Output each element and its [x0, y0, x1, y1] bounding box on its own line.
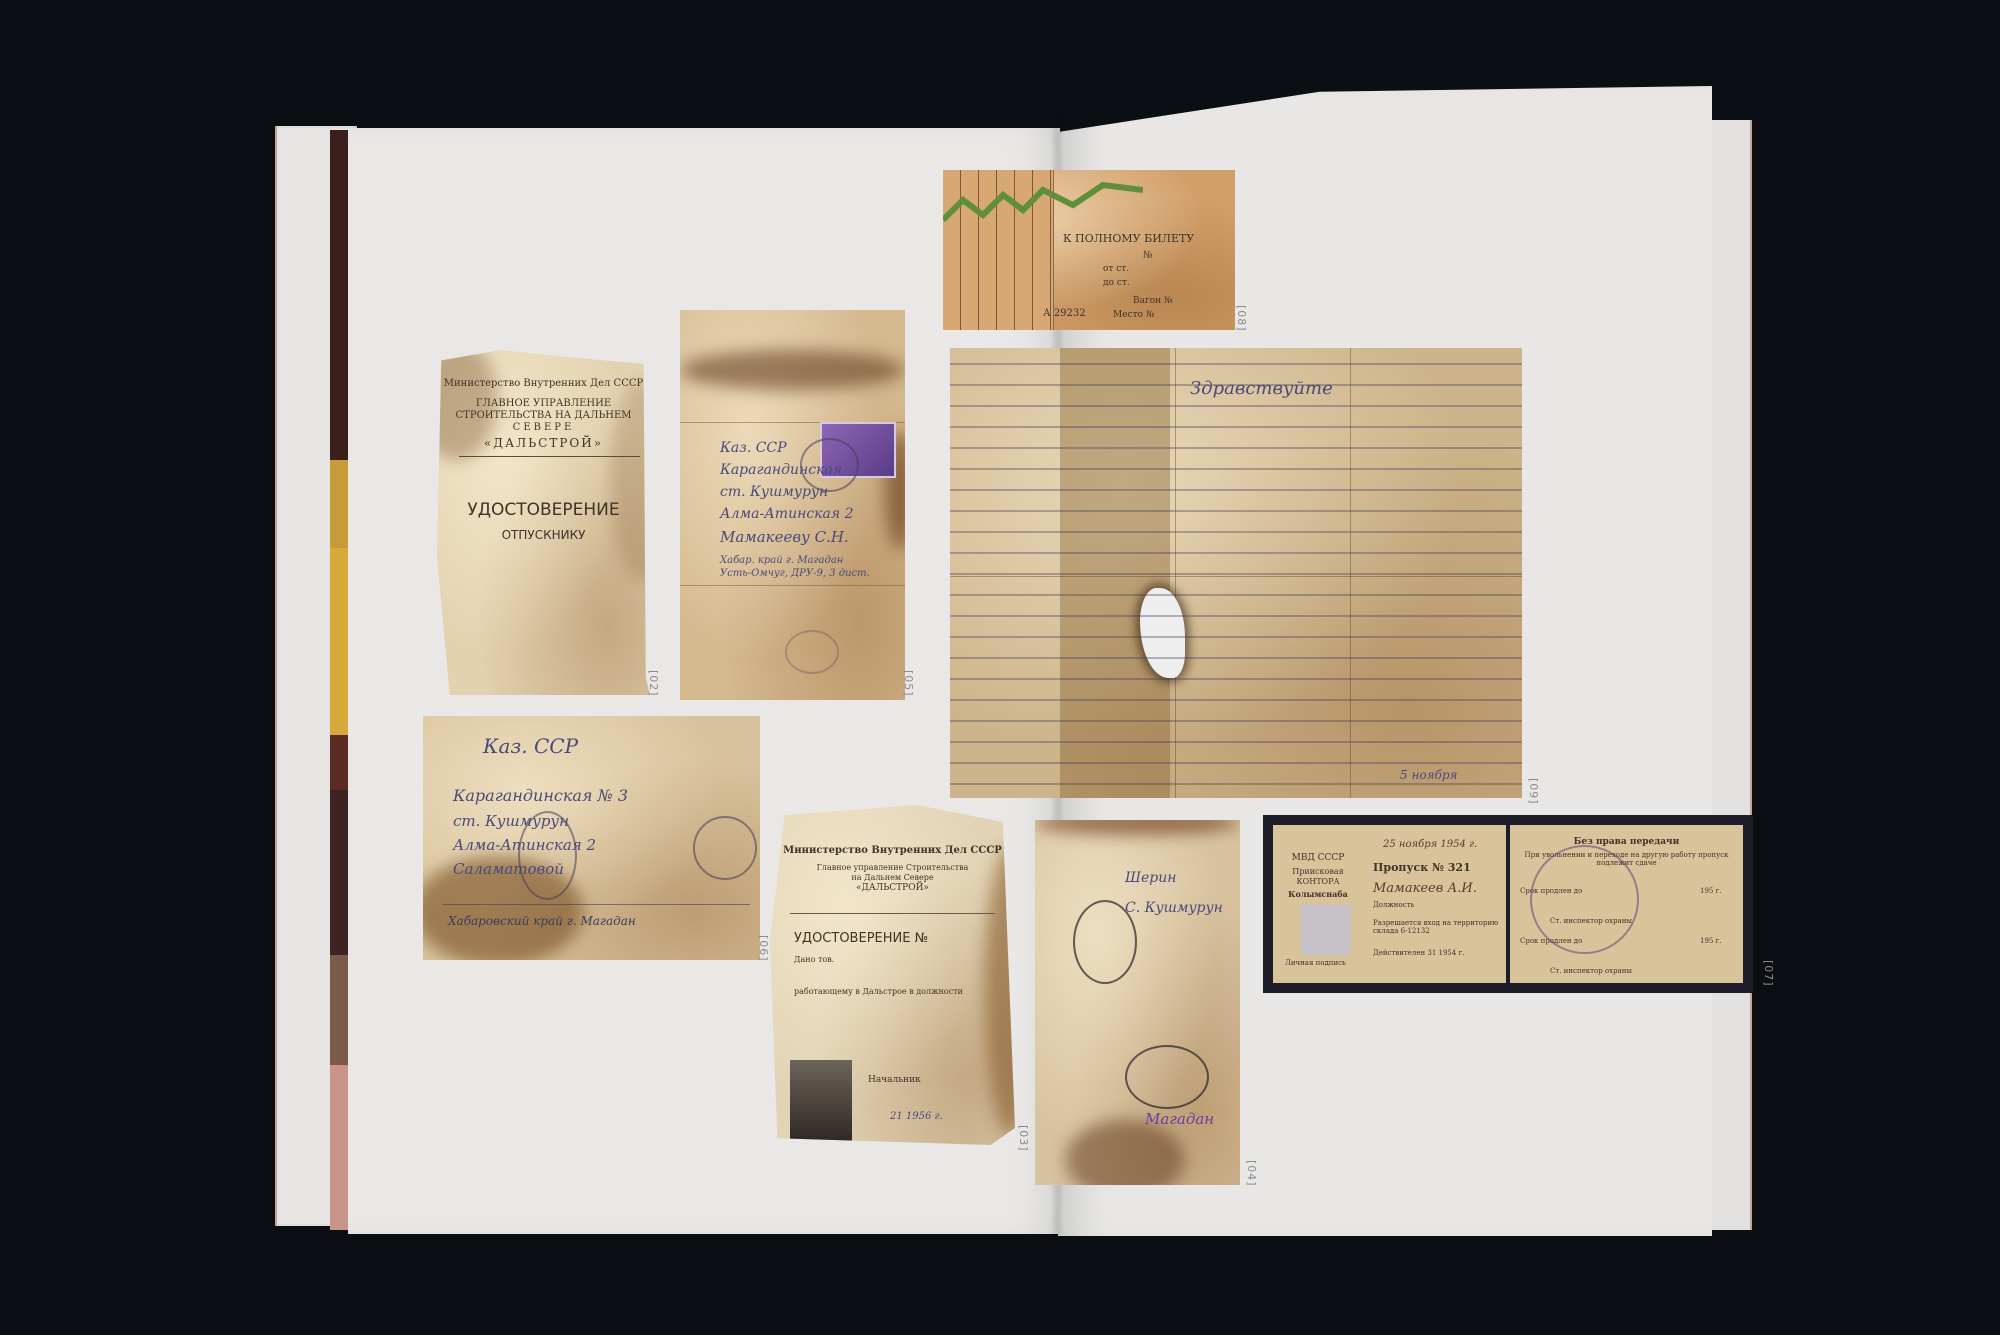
doc-text: Вагон №	[1133, 296, 1235, 306]
doc-text: Разрешается вход на территорию склада 6-…	[1373, 919, 1500, 935]
figure-label: [05]	[902, 670, 915, 697]
doc-text: К ПОЛНОМУ БИЛЕТУ	[1063, 232, 1235, 245]
doc-text: 195 г.	[1700, 937, 1743, 945]
figure-label: [07]	[1762, 960, 1775, 987]
book-cover-edge	[330, 130, 350, 1230]
doc-text: Начальник	[868, 1075, 1015, 1085]
ticket-number: А 29232	[1043, 308, 1235, 319]
doc-text: МВД СССР	[1283, 853, 1353, 863]
address-line: С. Кушмурун	[1125, 900, 1223, 916]
doc-text: Главное управление Строительства	[770, 863, 1015, 872]
doc-text: от ст.	[1103, 264, 1235, 274]
document-envelope-05: Каз. ССР Карагандинская ст. Кушмурун Алм…	[680, 310, 905, 700]
document-envelope-06: Каз. ССР Карагандинская № 3 ст. Кушмурун…	[423, 716, 760, 960]
doc-text: Дано тов.	[794, 955, 1015, 964]
figure-label: [03]	[1017, 1125, 1030, 1152]
address-line: Усть-Омчуг, ДРУ-9, 3 дист.	[720, 568, 870, 579]
doc-text: СЕВЕРЕ	[437, 422, 650, 433]
doc-text: Личная подпись	[1285, 959, 1506, 967]
doc-subtitle: ОТПУСКНИКУ	[437, 528, 650, 542]
doc-text: Колымснаба	[1283, 889, 1353, 899]
figure-label: [04]	[1245, 1160, 1258, 1187]
doc-date: 21 1956 г.	[890, 1111, 943, 1122]
address-line: Хабаровский край г. Магадан	[448, 914, 636, 928]
document-certificate-02: Министерство Внутренних Дел СССР ГЛАВНОЕ…	[437, 350, 650, 695]
doc-text: до ст.	[1103, 278, 1235, 288]
address-line: Каз. ССР	[483, 734, 578, 758]
pass-holder: Мамакеев А.И.	[1373, 881, 1477, 896]
address-line: Карагандинская № 3	[453, 786, 628, 805]
figure-label: [09]	[1527, 778, 1540, 805]
document-pass-07: МВД СССР Приисковая КОНТОРА Колымснаба 2…	[1263, 815, 1753, 993]
document-train-ticket-08: К ПОЛНОМУ БИЛЕТУ № от ст. до ст. Вагон №…	[943, 170, 1235, 330]
address-line: Карагандинская	[720, 462, 842, 478]
figure-label: [08]	[1235, 305, 1248, 332]
pass-date: 25 ноября 1954 г.	[1383, 839, 1477, 850]
doc-text: Приисковая	[1283, 867, 1353, 876]
doc-text: Министерство Внутренних Дел СССР	[770, 845, 1015, 856]
doc-text: работающему в Дальстрое в должности	[794, 987, 1015, 996]
address-line: Алма-Атинская 2	[720, 506, 854, 522]
document-letter-09: Здравствуйте 5 ноября	[950, 348, 1522, 798]
doc-text: Министерство Внутренних Дел СССР	[437, 378, 650, 389]
document-certificate-03: Министерство Внутренних Дел СССР Главное…	[770, 805, 1015, 1145]
doc-text: Без права передачи	[1510, 837, 1743, 847]
doc-text: Ст. инспектор охраны	[1550, 967, 1743, 975]
doc-text: КОНТОРА	[1283, 877, 1353, 886]
doc-text: 195 г.	[1700, 887, 1743, 895]
address-line: Мамакееву С.Н.	[720, 528, 849, 546]
photo-placeholder	[1301, 905, 1351, 955]
doc-title: УДОСТОВЕРЕНИЕ	[437, 500, 650, 520]
right-page-edge	[1712, 120, 1752, 1230]
address-line: Шерин	[1125, 870, 1176, 886]
pass-number: Пропуск № 321	[1373, 861, 1506, 874]
doc-text: Действителен 31 1954 г.	[1373, 949, 1506, 957]
address-line: Каз. ССР	[720, 440, 787, 456]
doc-text: СТРОИТЕЛЬСТВА НА ДАЛЬНЕМ	[437, 410, 650, 421]
letter-date: 5 ноября	[1400, 768, 1457, 782]
letter-greeting: Здравствуйте	[1190, 378, 1333, 399]
figure-label: [02]	[647, 670, 660, 697]
doc-text: «ДАЛЬСТРОЙ»	[770, 883, 1015, 893]
address-line: Магадан	[1145, 1110, 1214, 1128]
doc-text: №	[1143, 250, 1235, 261]
doc-text: Должность	[1373, 901, 1506, 909]
ticket-zigzag-line	[943, 180, 1143, 240]
doc-text: «ДАЛЬСТРОЙ»	[437, 436, 650, 450]
document-envelope-04: Шерин С. Кушмурун Магадан	[1035, 820, 1240, 1185]
address-line: ст. Кушмурун	[720, 484, 828, 500]
doc-title: УДОСТОВЕРЕНИЕ №	[794, 931, 1015, 946]
figure-label: [06]	[757, 935, 770, 962]
portrait-photo	[790, 1060, 852, 1142]
doc-text: ГЛАВНОЕ УПРАВЛЕНИЕ	[437, 398, 650, 409]
doc-text: на Дальнем Севере	[770, 873, 1015, 882]
address-line: Хабар. край г. Магадан	[720, 555, 843, 566]
